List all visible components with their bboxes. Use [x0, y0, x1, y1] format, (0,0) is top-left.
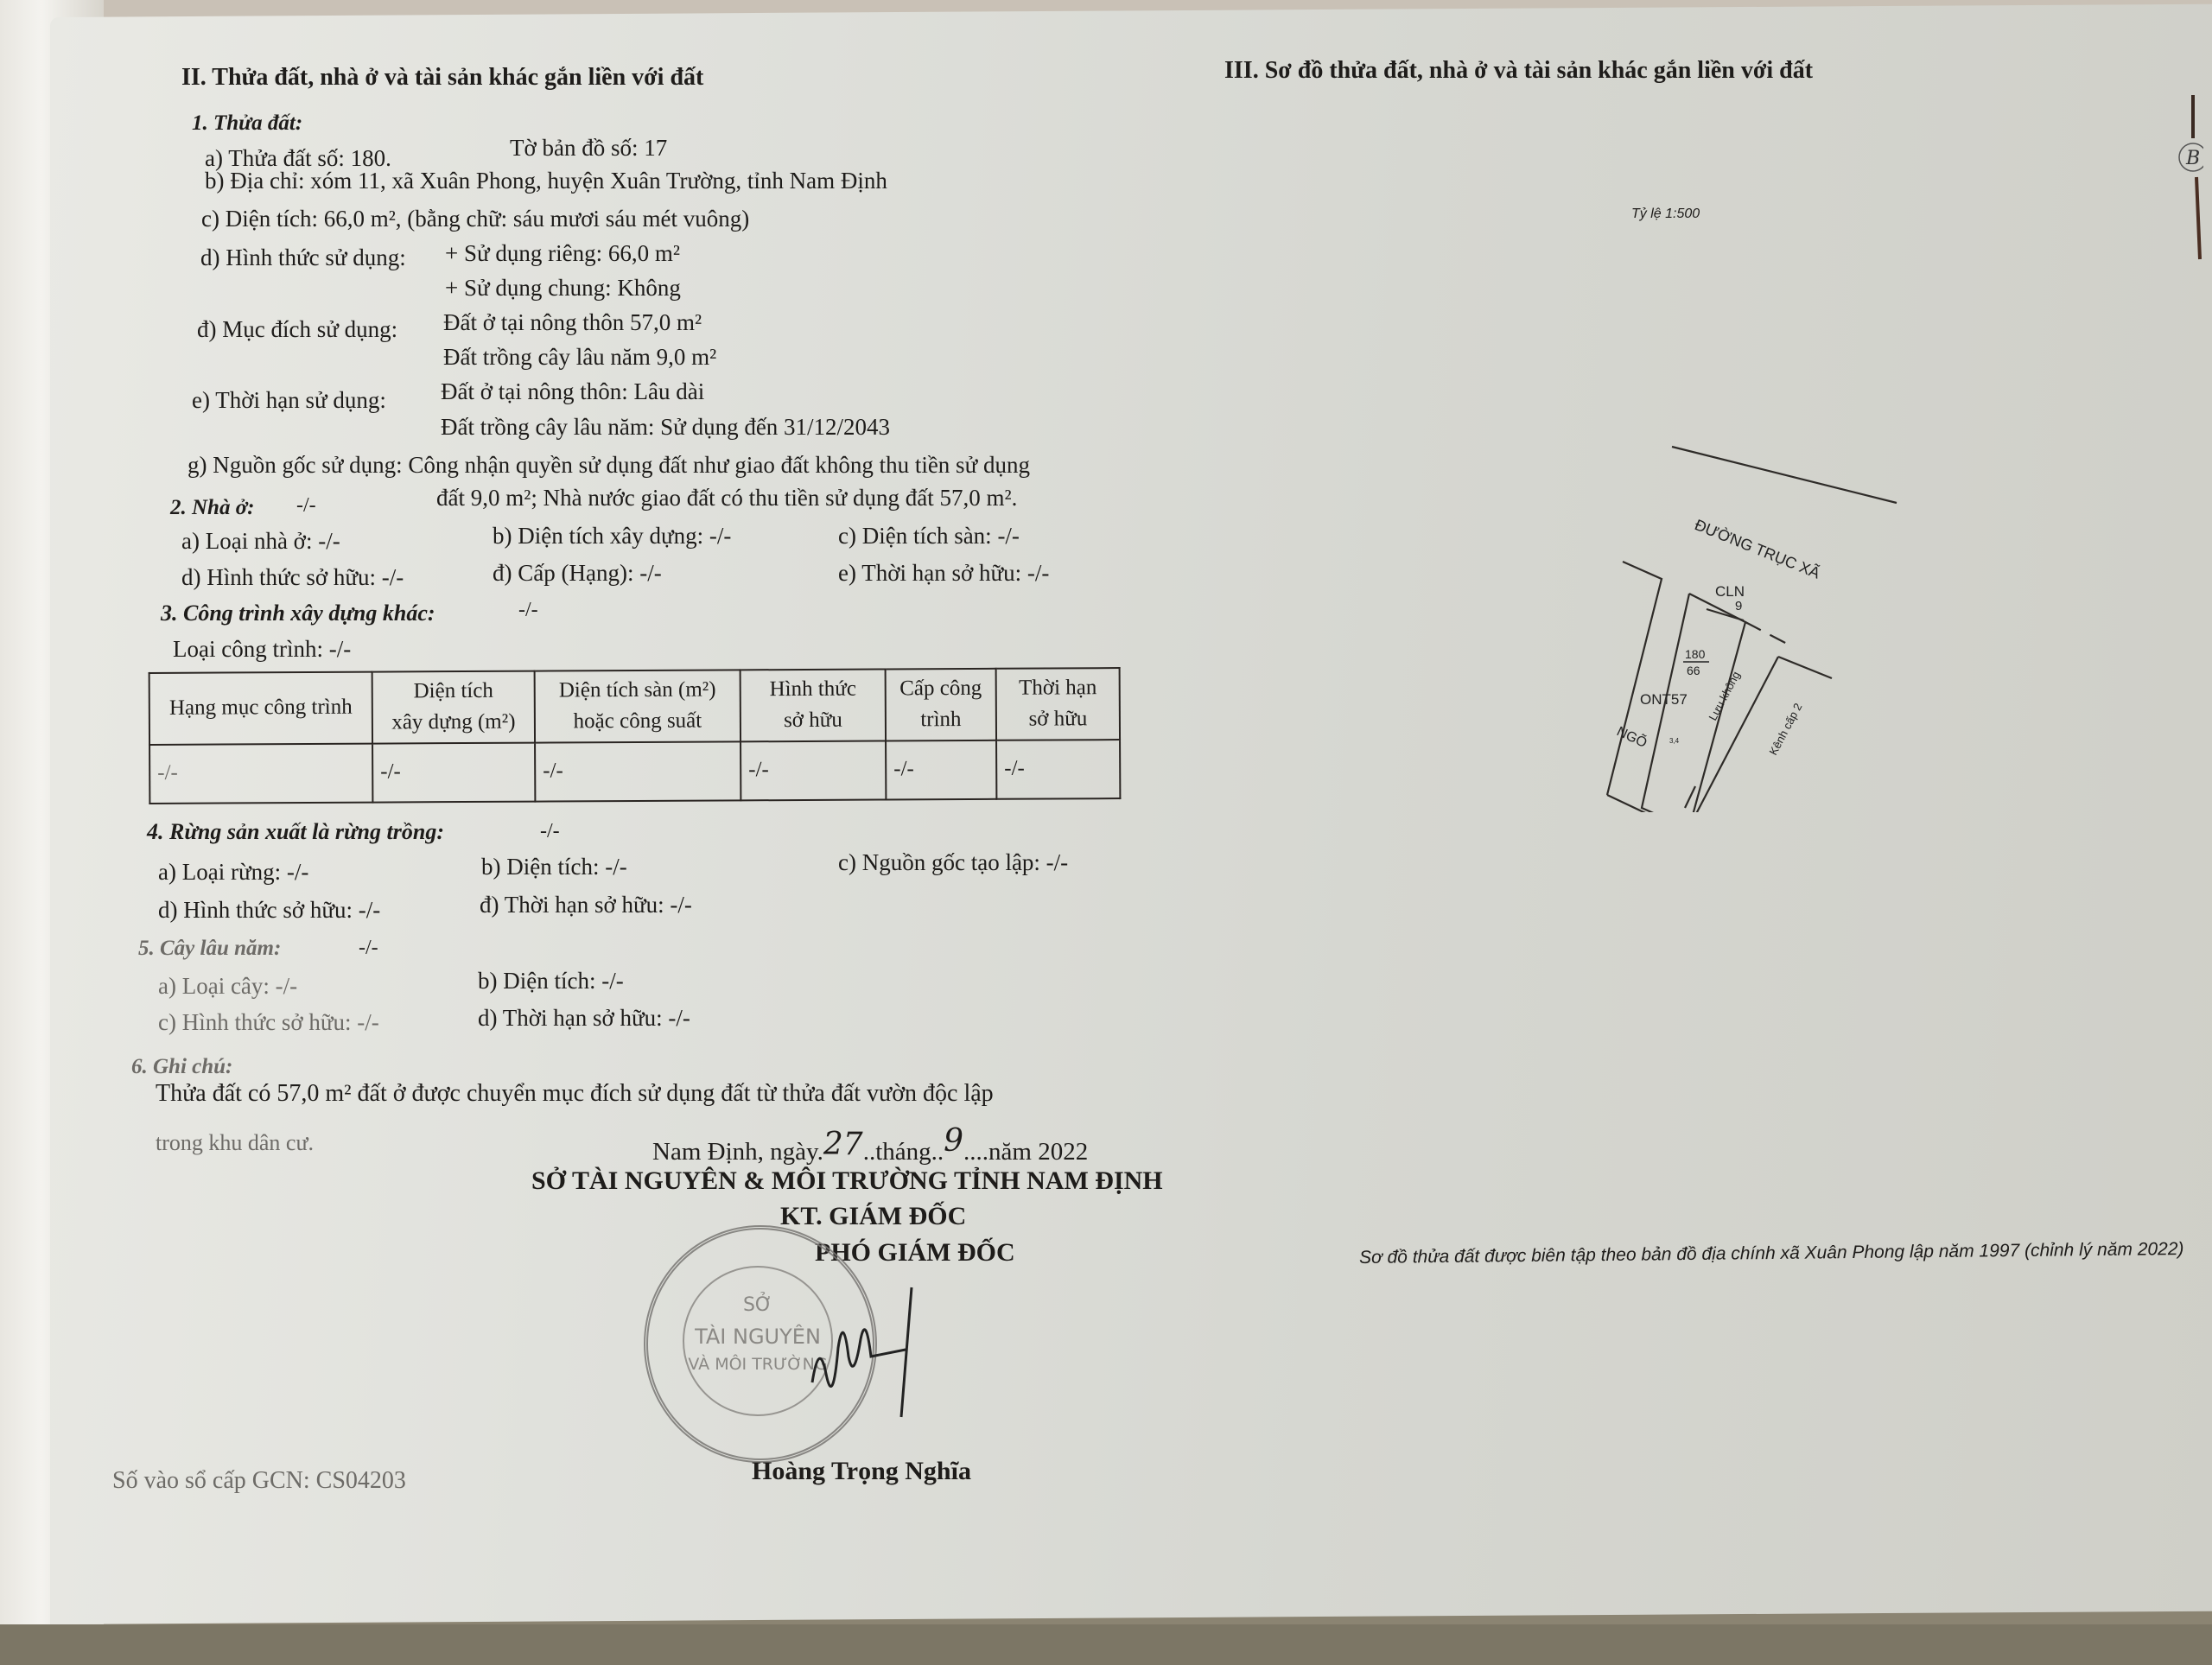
signature-mark	[804, 1279, 976, 1426]
construction-table: Hạng mục công trình Diện tíchxây dựng (m…	[149, 667, 1122, 804]
usage-private: + Sử dụng riêng: 66,0 m²	[445, 242, 680, 265]
house-build-area: b) Diện tích xây dựng: -/-	[493, 524, 731, 548]
perennial-ownership-term: d) Thời hạn sở hữu: -/-	[478, 1007, 690, 1030]
north-arrow-icon: B	[2169, 95, 2203, 268]
notes-line-1: Thửa đất có 57,0 m² đất ở được chuyển mụ…	[156, 1082, 994, 1106]
svg-text:B: B	[2185, 148, 2200, 169]
forest-ownership-form: d) Hình thức sở hữu: -/-	[158, 899, 380, 922]
house-grade: đ) Cấp (Hạng): -/-	[493, 562, 662, 585]
map-sheet: Tờ bản đồ số: 17	[510, 137, 667, 160]
house-heading-value: -/-	[296, 495, 316, 516]
map-cln-area: 9	[1735, 599, 1742, 613]
background-surface	[0, 1624, 2212, 1665]
land-heading: 1. Thửa đất:	[192, 112, 302, 134]
purpose-label: đ) Mục đích sử dụng:	[197, 318, 397, 341]
map-cln-label: CLN	[1715, 583, 1745, 600]
map-parcel-number: 180	[1685, 647, 1706, 661]
map-setback-label: Lưu không	[1706, 669, 1742, 722]
signing-date: Nam Định, ngày.27..tháng..9....năm 2022	[652, 1134, 1088, 1166]
parcel-diagram: ĐƯỜNG TRỤC XÃ CLN 9 180 66 ONT57 NGÕ Lưu…	[1555, 432, 1901, 812]
other-works-heading: 3. Công trình xây dựng khác:	[161, 602, 435, 625]
col-header-item: Hạng mục công trình	[149, 672, 372, 745]
map-road-label: ĐƯỜNG TRỤC XÃ	[1693, 515, 1823, 581]
purpose-residential: Đất ở tại nông thôn 57,0 m²	[443, 311, 702, 334]
signing-day: 27	[823, 1127, 863, 1162]
registry-number: Số vào sổ cấp GCN: CS04203	[112, 1469, 406, 1493]
perennial-heading-value: -/-	[359, 937, 378, 958]
usage-shared: + Sử dụng chung: Không	[445, 276, 681, 300]
address: b) Địa chỉ: xóm 11, xã Xuân Phong, huyện…	[205, 169, 887, 193]
forest-heading: 4. Rừng sản xuất là rừng trồng:	[147, 821, 444, 843]
forest-ownership-term: đ) Thời hạn sở hữu: -/-	[480, 893, 692, 917]
table-cell: -/-	[535, 741, 741, 801]
term-residential: Đất ở tại nông thôn: Lâu dài	[441, 380, 704, 404]
forest-heading-value: -/-	[540, 821, 560, 842]
table-header-row: Hạng mục công trình Diện tíchxây dựng (m…	[149, 668, 1120, 744]
forest-origin: c) Nguồn gốc tạo lập: -/-	[838, 851, 1068, 874]
forest-area: b) Diện tích: -/-	[481, 855, 627, 879]
table-row: -/- -/- -/- -/- -/- -/-	[149, 740, 1120, 804]
perennial-area: b) Diện tích: -/-	[478, 969, 624, 993]
area: c) Diện tích: 66,0 m², (bằng chữ: sáu mư…	[201, 207, 749, 231]
origin-line-2: đất 9,0 m²; Nhà nước giao đất có thu tiề…	[436, 486, 1017, 510]
purpose-perennial: Đất trồng cây lâu năm 9,0 m²	[443, 346, 716, 369]
signer-name: Hoàng Trọng Nghĩa	[752, 1458, 971, 1484]
col-header-term: Thời hạnsở hữu	[996, 668, 1120, 740]
map-scale: Tỷ lệ 1:500	[1631, 207, 1700, 221]
term-label: e) Thời hạn sử dụng:	[192, 389, 386, 412]
origin-line-1: g) Nguồn gốc sử dụng: Công nhận quyền sử…	[188, 454, 1030, 477]
term-perennial: Đất trồng cây lâu năm: Sử dụng đến 31/12…	[441, 416, 890, 439]
table-cell: -/-	[886, 740, 996, 799]
col-header-ownership-form: Hình thứcsở hữu	[741, 669, 886, 740]
map-ont-label: ONT57	[1640, 691, 1688, 708]
map-canal-label: Kênh cấp 2	[1766, 701, 1804, 757]
parcel-number: a) Thửa đất số: 180.	[205, 147, 391, 170]
house-type: a) Loại nhà ở: -/-	[181, 530, 340, 553]
forest-type: a) Loại rừng: -/-	[158, 861, 308, 884]
perennial-heading: 5. Cây lâu năm:	[138, 937, 281, 959]
table-cell: -/-	[149, 743, 372, 803]
issuing-agency: SỞ TÀI NGUYÊN & MÔI TRƯỜNG TỈNH NAM ĐỊNH	[531, 1168, 1163, 1194]
table-cell: -/-	[996, 740, 1120, 799]
notes-line-2: trong khu dân cư.	[156, 1132, 314, 1154]
section-3-heading: III. Sơ đồ thửa đất, nhà ở và tài sản kh…	[1224, 59, 1813, 83]
col-header-grade: Cấp côngtrình	[886, 669, 996, 740]
other-works-type: Loại công trình: -/-	[173, 638, 351, 661]
table-cell: -/-	[741, 740, 886, 800]
other-works-heading-value: -/-	[518, 600, 538, 620]
perennial-type: a) Loại cây: -/-	[158, 975, 297, 998]
perennial-ownership-form: c) Hình thức sở hữu: -/-	[158, 1011, 379, 1034]
map-parcel-area: 66	[1687, 664, 1700, 677]
house-heading: 2. Nhà ở:	[170, 497, 254, 518]
section-2-heading: II. Thửa đất, nhà ở và tài sản khác gắn …	[181, 66, 703, 90]
usage-form-label: d) Hình thức sử dụng:	[200, 246, 406, 270]
col-header-build-area: Diện tíchxây dựng (m²)	[372, 671, 535, 743]
house-ownership-form: d) Hình thức sở hữu: -/-	[181, 566, 404, 589]
map-dimension-label: 3,4	[1669, 737, 1680, 745]
table-cell: -/-	[372, 742, 535, 802]
house-floor-area: c) Diện tích sàn: -/-	[838, 524, 1020, 548]
col-header-floor-area: Diện tích sàn (m²)hoặc công suất	[535, 670, 741, 742]
notes-heading: 6. Ghi chú:	[131, 1056, 232, 1077]
house-ownership-term: e) Thời hạn sở hữu: -/-	[838, 562, 1049, 585]
parcel-map: ĐƯỜNG TRỤC XÃ CLN 9 180 66 ONT57 NGÕ Lưu…	[1555, 432, 1901, 812]
role-1: KT. GIÁM ĐỐC	[780, 1204, 966, 1230]
signing-month: 9	[944, 1123, 963, 1159]
